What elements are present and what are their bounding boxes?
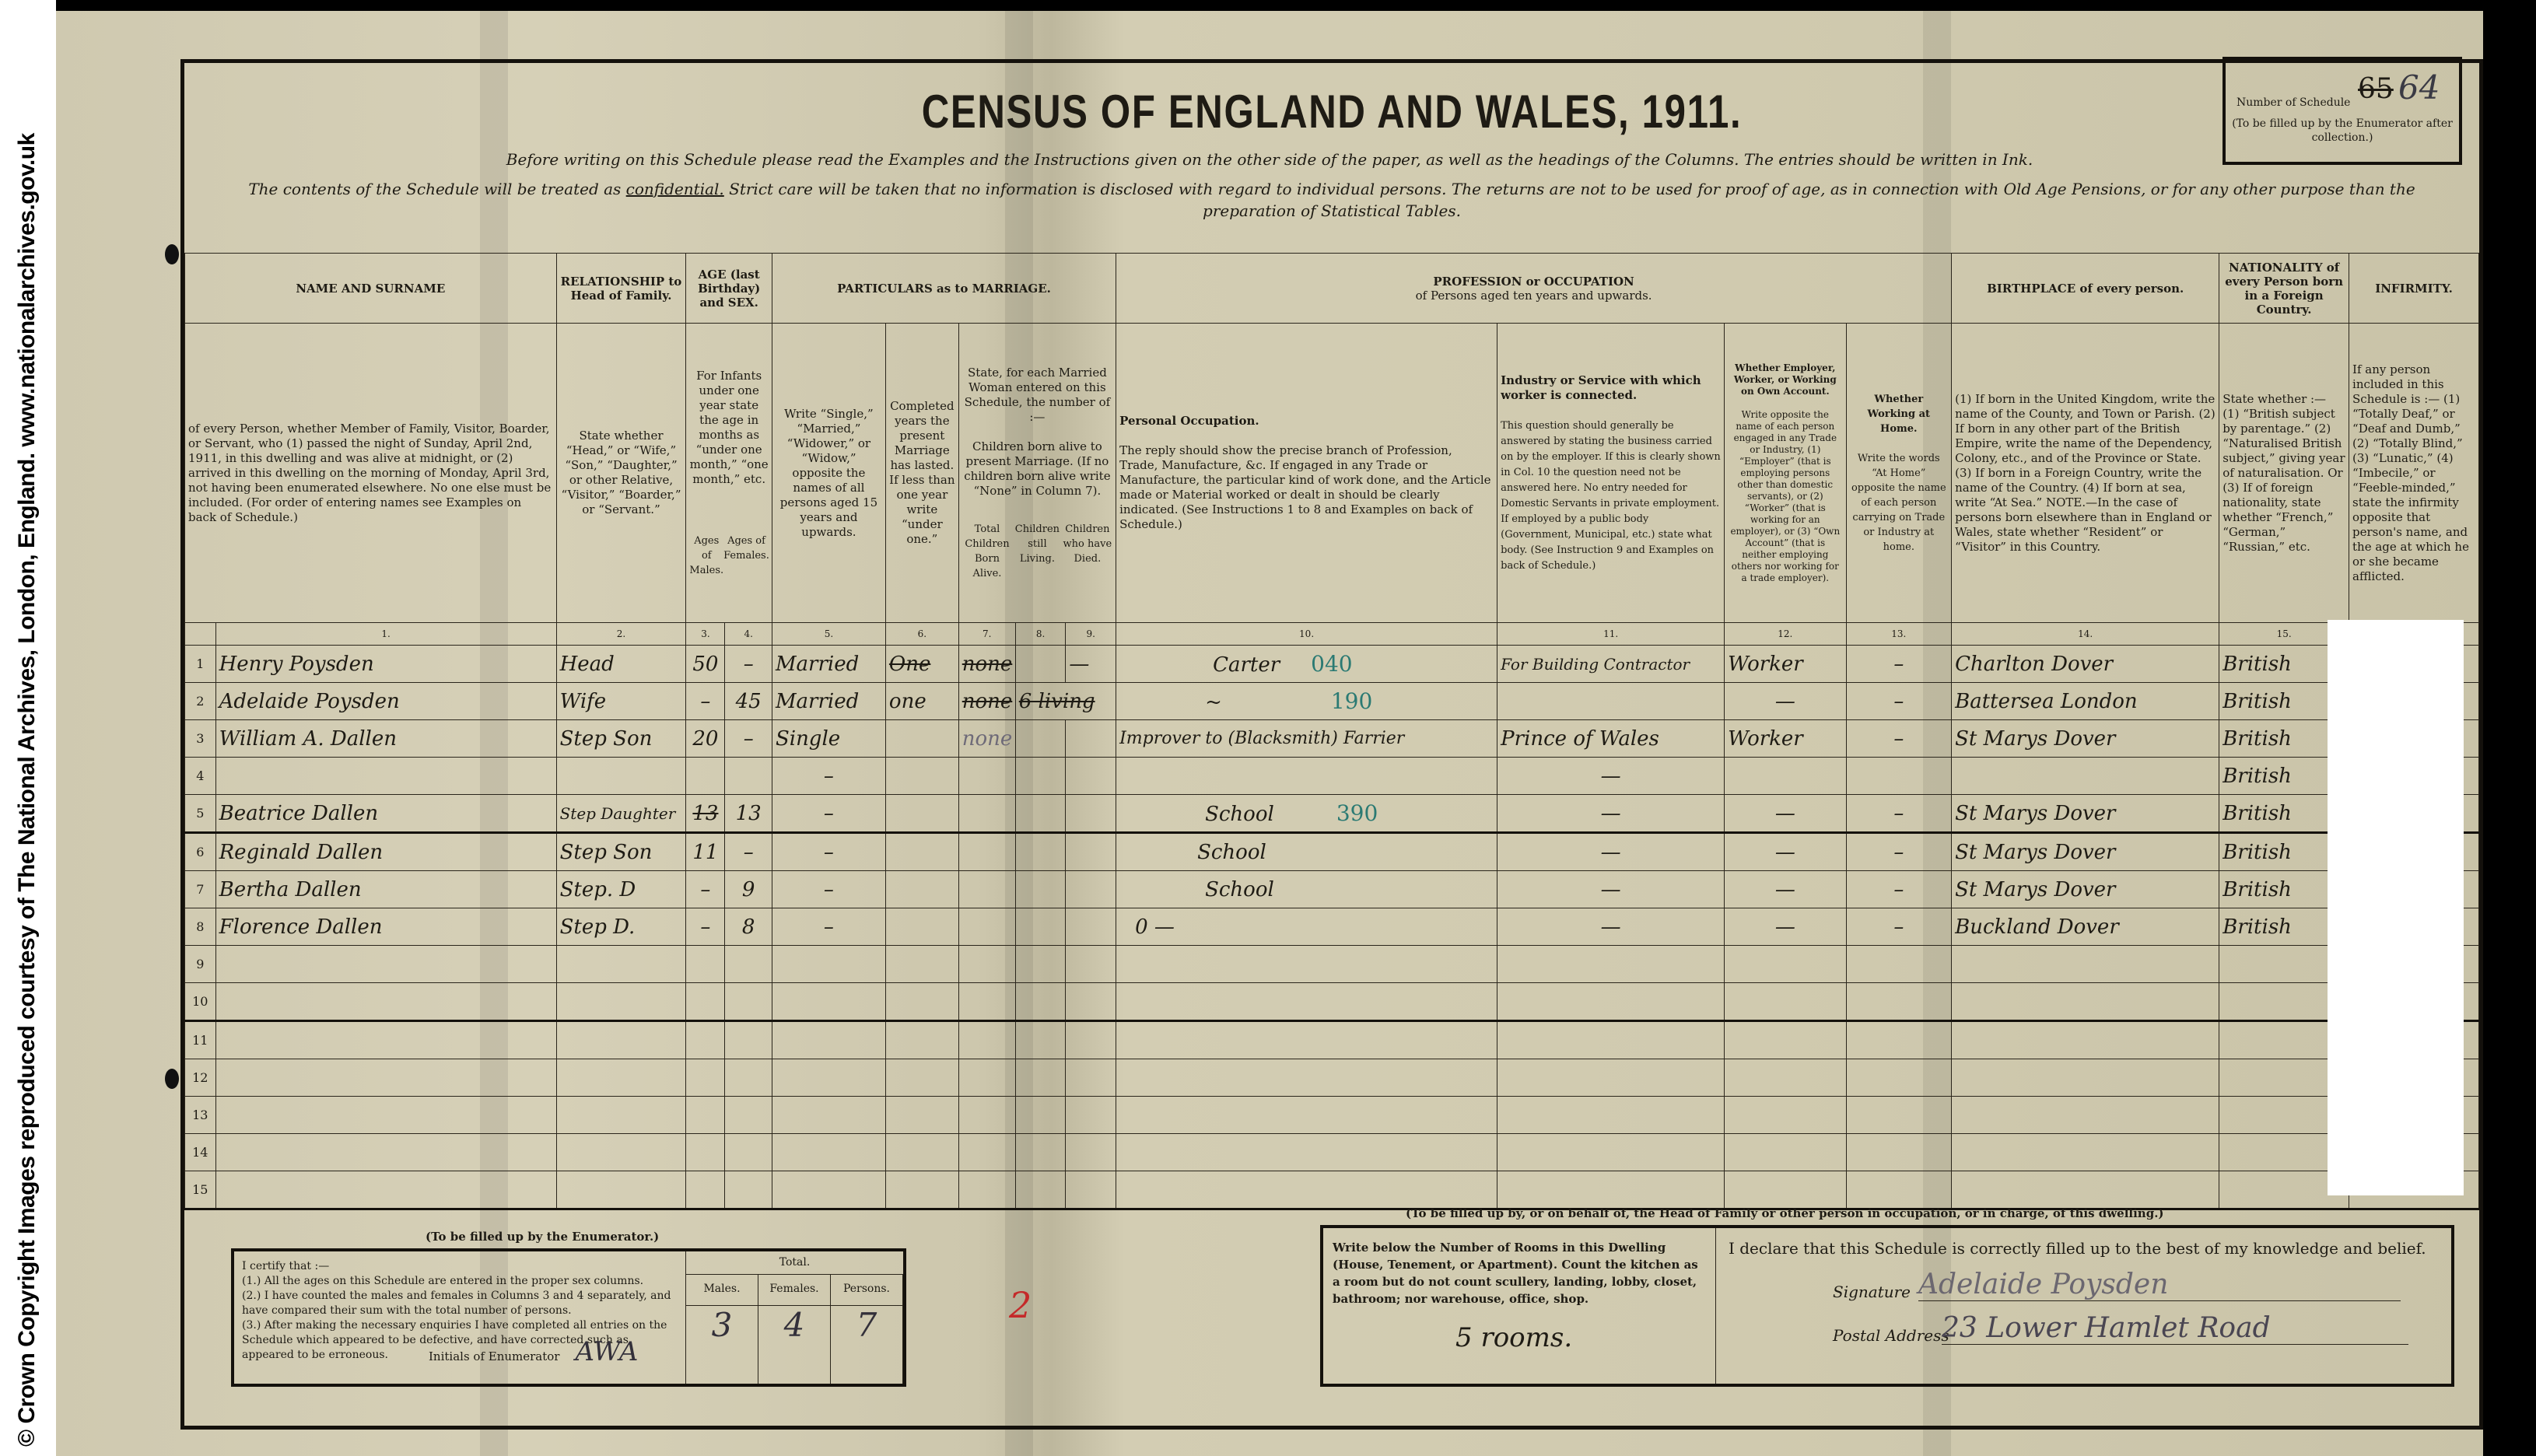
marital-condition: – xyxy=(772,871,885,908)
col-header-birthplace: BIRTHPLACE of every person. xyxy=(1952,254,2219,324)
occupation: School xyxy=(1116,833,1497,871)
age-male: 11 xyxy=(686,833,725,871)
instruction-read-first: Before writing on this Schedule please r… xyxy=(184,150,2355,169)
person-name: William A. Dallen xyxy=(215,720,556,758)
rooms-section: Write below the Number of Rooms in this … xyxy=(1323,1228,1716,1384)
industry: — xyxy=(1497,871,1725,908)
employment-status: — xyxy=(1725,683,1846,720)
table-row-empty: 14 xyxy=(185,1134,2479,1171)
col-header-marriage: PARTICULARS as to MARRIAGE. xyxy=(772,254,1116,324)
schedule-number-note: (To be filled up by the Enumerator after… xyxy=(2230,117,2454,145)
children-born: none xyxy=(958,683,1015,720)
children-died: — xyxy=(1066,646,1116,683)
number-of-rooms: 5 rooms. xyxy=(1455,1329,1572,1346)
age-female: – xyxy=(725,646,772,683)
years-married xyxy=(885,720,958,758)
col-desc-relationship: State whether “Head,” or “Wife,” “Son,” … xyxy=(556,324,686,623)
head-of-family-section-title: (To be filled up by, or on behalf of, th… xyxy=(1406,1206,2164,1220)
table-row-empty: 9 xyxy=(185,946,2479,983)
relationship: Step. D xyxy=(556,871,686,908)
col-desc-nationality: State whether :— (1) “British subject by… xyxy=(2219,324,2349,623)
table-row: 3 William A. Dallen Step Son 20 – Single… xyxy=(185,720,2479,758)
relationship: Head xyxy=(556,646,686,683)
copyright-watermark: © Crown Copyright Images reproduced cour… xyxy=(14,133,40,1447)
occupation: Carter040 xyxy=(1116,646,1497,683)
years-married: One xyxy=(885,646,958,683)
at-home: – xyxy=(1846,871,1952,908)
at-home: – xyxy=(1846,908,1952,946)
table-row-empty: 11 xyxy=(185,1021,2479,1059)
at-home: – xyxy=(1846,833,1952,871)
at-home: – xyxy=(1846,683,1952,720)
person-name: Reginald Dallen xyxy=(215,833,556,871)
col-header-infirmity: INFIRMITY. xyxy=(2349,254,2479,324)
person-name: Beatrice Dallen xyxy=(215,795,556,833)
occupation: School xyxy=(1116,871,1497,908)
occupation: Improver to (Blacksmith) Farrier xyxy=(1116,720,1497,758)
person-name: Adelaide Poysden xyxy=(215,683,556,720)
table-row-empty: 10 xyxy=(185,983,2479,1021)
birthplace: Buckland Dover xyxy=(1952,908,2219,946)
industry xyxy=(1497,683,1725,720)
instruction-confidential: The contents of the Schedule will be tre… xyxy=(208,178,2456,222)
table-row: 2 Adelaide Poysden Wife – 45 Married one… xyxy=(185,683,2479,720)
table-row-empty: 13 xyxy=(185,1097,2479,1134)
col-desc-condition: Write “Single,” “Married,” “Widower,” or… xyxy=(772,324,885,623)
enumerator-section-title: (To be filled up by the Enumerator.) xyxy=(426,1230,659,1244)
children-born: none xyxy=(958,720,1015,758)
industry: For Building Contractor xyxy=(1497,646,1725,683)
at-home: – xyxy=(1846,646,1952,683)
redaction-block xyxy=(2328,620,2464,1195)
col-desc-infirmity: If any person included in this Schedule … xyxy=(2349,324,2479,623)
children-living: 6 living xyxy=(1015,683,1116,720)
total-females: 4 xyxy=(758,1306,831,1384)
total-persons: 7 xyxy=(831,1306,903,1384)
employment-status: Worker xyxy=(1725,720,1846,758)
age-male: 20 xyxy=(686,720,725,758)
head-of-family-box: Write below the Number of Rooms in this … xyxy=(1320,1225,2454,1387)
birthplace: Battersea London xyxy=(1952,683,2219,720)
occupation: ~190 xyxy=(1116,683,1497,720)
table-row: 8 Florence Dallen Step D. – 8 – 0 — — — … xyxy=(185,908,2479,946)
col-header-occupation: PROFESSION or OCCUPATIONof Persons aged … xyxy=(1116,254,1952,324)
schedule-number: 64 xyxy=(2398,68,2440,107)
relationship: Step Son xyxy=(556,720,686,758)
age-female: – xyxy=(725,833,772,871)
watermark-strip: © Crown Copyright Images reproduced cour… xyxy=(0,0,56,1456)
age-female: 13 xyxy=(725,795,772,833)
employment-status: — xyxy=(1725,871,1846,908)
marital-condition: – xyxy=(772,795,885,833)
birthplace: St Marys Dover xyxy=(1952,720,2219,758)
signature: Adelaide Poysden xyxy=(1918,1269,2401,1301)
marital-condition: – xyxy=(772,908,885,946)
children-living xyxy=(1015,646,1066,683)
person-name: Henry Poysden xyxy=(215,646,556,683)
totals-grid: Total. Males. Females. Persons. 3 4 7 xyxy=(685,1251,903,1384)
relationship: Step Son xyxy=(556,833,686,871)
punch-hole xyxy=(165,244,179,264)
col-header-relationship: RELATIONSHIP to Head of Family. xyxy=(556,254,686,324)
col-desc-age: For Infants under one year state the age… xyxy=(686,324,772,623)
punch-hole xyxy=(165,1069,179,1089)
marital-condition: Married xyxy=(772,683,885,720)
col-desc-name: of every Person, whether Member of Famil… xyxy=(185,324,557,623)
employment-status: — xyxy=(1725,908,1846,946)
industry: — xyxy=(1497,795,1725,833)
table-row-empty: 15 xyxy=(185,1171,2479,1209)
children-died xyxy=(1066,720,1116,758)
marital-condition: Single xyxy=(772,720,885,758)
table-row: 5 Beatrice Dallen Step Daughter 13 13 – … xyxy=(185,795,2479,833)
marital-condition: Married xyxy=(772,646,885,683)
col-header-name: NAME AND SURNAME xyxy=(185,254,557,324)
schedule-number-box: Number of Schedule 65 64 (To be filled u… xyxy=(2223,57,2462,165)
children-living xyxy=(1015,720,1066,758)
relationship: Wife xyxy=(556,683,686,720)
schedule-number-label: Number of Schedule xyxy=(2237,96,2350,109)
red-annotation: 2 xyxy=(1009,1284,1032,1326)
col-desc-personal-occupation: Personal Occupation.The reply should sho… xyxy=(1116,324,1497,623)
table-row: 7 Bertha Dallen Step. D – 9 – School — —… xyxy=(185,871,2479,908)
industry: Prince of Wales xyxy=(1497,720,1725,758)
birthplace: St Marys Dover xyxy=(1952,871,2219,908)
col-desc-birthplace: (1) If born in the United Kingdom, write… xyxy=(1952,324,2219,623)
schedule-frame: CENSUS OF ENGLAND AND WALES, 1911. Befor… xyxy=(180,59,2483,1430)
occupation: School390 xyxy=(1116,795,1497,833)
person-name: Bertha Dallen xyxy=(215,871,556,908)
age-female: 8 xyxy=(725,908,772,946)
col-header-nationality: NATIONALITY of every Person born in a Fo… xyxy=(2219,254,2349,324)
census-table: NAME AND SURNAME RELATIONSHIP to Head of… xyxy=(184,253,2479,1210)
age-male: – xyxy=(686,908,725,946)
industry: — xyxy=(1497,833,1725,871)
schedule-number-struck: 65 xyxy=(2358,73,2394,105)
age-female: 45 xyxy=(725,683,772,720)
age-female: – xyxy=(725,720,772,758)
birthplace: St Marys Dover xyxy=(1952,795,2219,833)
person-name: Florence Dallen xyxy=(215,908,556,946)
total-males: 3 xyxy=(686,1306,758,1384)
enumerator-initials: Initials of EnumeratorAWA xyxy=(429,1345,638,1364)
years-married: one xyxy=(885,683,958,720)
at-home: – xyxy=(1846,795,1952,833)
col-header-age: AGE (last Birthday) and SEX. xyxy=(686,254,772,324)
census-schedule: CENSUS OF ENGLAND AND WALES, 1911. Befor… xyxy=(56,11,2483,1456)
relationship: Step D. xyxy=(556,908,686,946)
declaration-section: I declare that this Schedule is correctl… xyxy=(1716,1228,2451,1384)
age-male: 50 xyxy=(686,646,725,683)
industry: — xyxy=(1497,908,1725,946)
col-desc-industry: Industry or Service with which worker is… xyxy=(1497,324,1725,623)
children-born: none xyxy=(958,646,1015,683)
age-male: – xyxy=(686,683,725,720)
employment-status: — xyxy=(1725,833,1846,871)
table-row: 1 Henry Poysden Head 50 – Married One no… xyxy=(185,646,2479,683)
page-title: CENSUS OF ENGLAND AND WALES, 1911. xyxy=(391,85,2273,138)
table-row-empty: 12 xyxy=(185,1059,2479,1097)
marital-condition: – xyxy=(772,833,885,871)
age-male: 13 xyxy=(686,795,725,833)
at-home: – xyxy=(1846,720,1952,758)
employment-status: — xyxy=(1725,795,1846,833)
occupation: 0 — xyxy=(1116,908,1497,946)
age-female: 9 xyxy=(725,871,772,908)
age-male: – xyxy=(686,871,725,908)
birthplace: St Marys Dover xyxy=(1952,833,2219,871)
table-row: 4 – — British xyxy=(185,758,2479,795)
postal-address: 23 Lower Hamlet Road xyxy=(1942,1312,2408,1345)
col-desc-years-married: Completed years the present Marriage has… xyxy=(885,324,958,623)
col-desc-employer: Whether Employer, Worker, or Working on … xyxy=(1725,324,1846,623)
table-row: 6 Reginald Dallen Step Son 11 – – School… xyxy=(185,833,2479,871)
relationship: Step Daughter xyxy=(556,795,686,833)
birthplace: Charlton Dover xyxy=(1952,646,2219,683)
enumerator-certificate: I certify that :— (1.) All the ages on t… xyxy=(231,1248,906,1387)
col-desc-at-home: Whether Working at Home.Write the words … xyxy=(1846,324,1952,623)
employment-status: Worker xyxy=(1725,646,1846,683)
col-desc-children: State, for each Married Woman entered on… xyxy=(958,324,1116,623)
